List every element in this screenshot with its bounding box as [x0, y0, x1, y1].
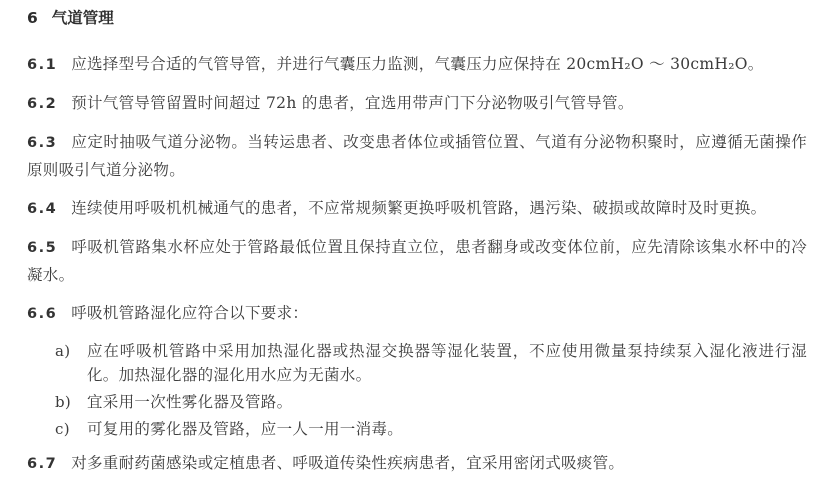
- clause-text: 应定时抽吸气道分泌物。当转运患者、改变患者体位或插管位置、气道有分泌物积聚时，应…: [27, 133, 807, 179]
- list-item-c: c)可复用的雾化器及管路，应一人一用一消毒。: [27, 417, 807, 441]
- clause-text: 连续使用呼吸机机械通气的患者，不应常规频繁更换呼吸机管路，遇污染、破损或故障时及…: [71, 199, 766, 217]
- clause-text: 呼吸机管路湿化应符合以下要求：: [71, 304, 308, 322]
- section-heading: 6气道管理: [27, 8, 807, 28]
- clause-text: 呼吸机管路集水杯应处于管路最低位置且保持直立位，患者翻身或改变体位前，应先清除该…: [27, 238, 807, 284]
- clause-number: 6.2: [27, 91, 57, 118]
- list-item-text: 可复用的雾化器及管路，应一人一用一消毒。: [87, 420, 403, 438]
- clause-6-6: 6.6呼吸机管路湿化应符合以下要求：: [27, 300, 807, 328]
- clause-6-6-sublist: a)应在呼吸机管路中采用加热湿化器或热湿交换器等湿化装置，不应使用微量泵持续泵入…: [27, 339, 807, 441]
- clause-6-5: 6.5呼吸机管路集水杯应处于管路最低位置且保持直立位，患者翻身或改变体位前，应先…: [27, 234, 807, 289]
- clause-number: 6.7: [27, 451, 57, 478]
- list-item-text: 宜采用一次性雾化器及管路。: [87, 393, 292, 411]
- clause-text: 应选择型号合适的气管导管，并进行气囊压力监测，气囊压力应保持在 20cmH₂O …: [71, 55, 763, 73]
- section-title: 气道管理: [52, 9, 114, 27]
- list-marker: b): [55, 390, 71, 414]
- clause-number: 6.6: [27, 301, 57, 328]
- clause-number: 6.5: [27, 235, 57, 262]
- list-item-b: b)宜采用一次性雾化器及管路。: [27, 390, 807, 414]
- clause-number: 6.1: [27, 52, 57, 79]
- section-number: 6: [27, 8, 38, 28]
- document-page: 6气道管理 6.1应选择型号合适的气管导管，并进行气囊压力监测，气囊压力应保持在…: [0, 0, 833, 503]
- clause-number: 6.4: [27, 196, 57, 223]
- list-marker: a): [55, 339, 70, 363]
- clause-6-4: 6.4连续使用呼吸机机械通气的患者，不应常规频繁更换呼吸机管路，遇污染、破损或故…: [27, 195, 807, 223]
- list-item-a: a)应在呼吸机管路中采用加热湿化器或热湿交换器等湿化装置，不应使用微量泵持续泵入…: [27, 339, 807, 387]
- list-marker: c): [55, 417, 70, 441]
- list-item-text: 应在呼吸机管路中采用加热湿化器或热湿交换器等湿化装置，不应使用微量泵持续泵入湿化…: [87, 342, 807, 384]
- clause-6-3: 6.3应定时抽吸气道分泌物。当转运患者、改变患者体位或插管位置、气道有分泌物积聚…: [27, 129, 807, 184]
- clause-6-7: 6.7对多重耐药菌感染或定植患者、呼吸道传染性疾病患者，宜采用密闭式吸痰管。: [27, 450, 807, 478]
- clause-number: 6.3: [27, 130, 57, 157]
- clause-6-1: 6.1应选择型号合适的气管导管，并进行气囊压力监测，气囊压力应保持在 20cmH…: [27, 51, 807, 79]
- clause-text: 预计气管导管留置时间超过 72h 的患者，宜选用带声门下分泌物吸引气管导管。: [71, 94, 633, 112]
- clause-6-2: 6.2预计气管导管留置时间超过 72h 的患者，宜选用带声门下分泌物吸引气管导管…: [27, 90, 807, 118]
- clause-text: 对多重耐药菌感染或定植患者、呼吸道传染性疾病患者，宜采用密闭式吸痰管。: [71, 454, 624, 472]
